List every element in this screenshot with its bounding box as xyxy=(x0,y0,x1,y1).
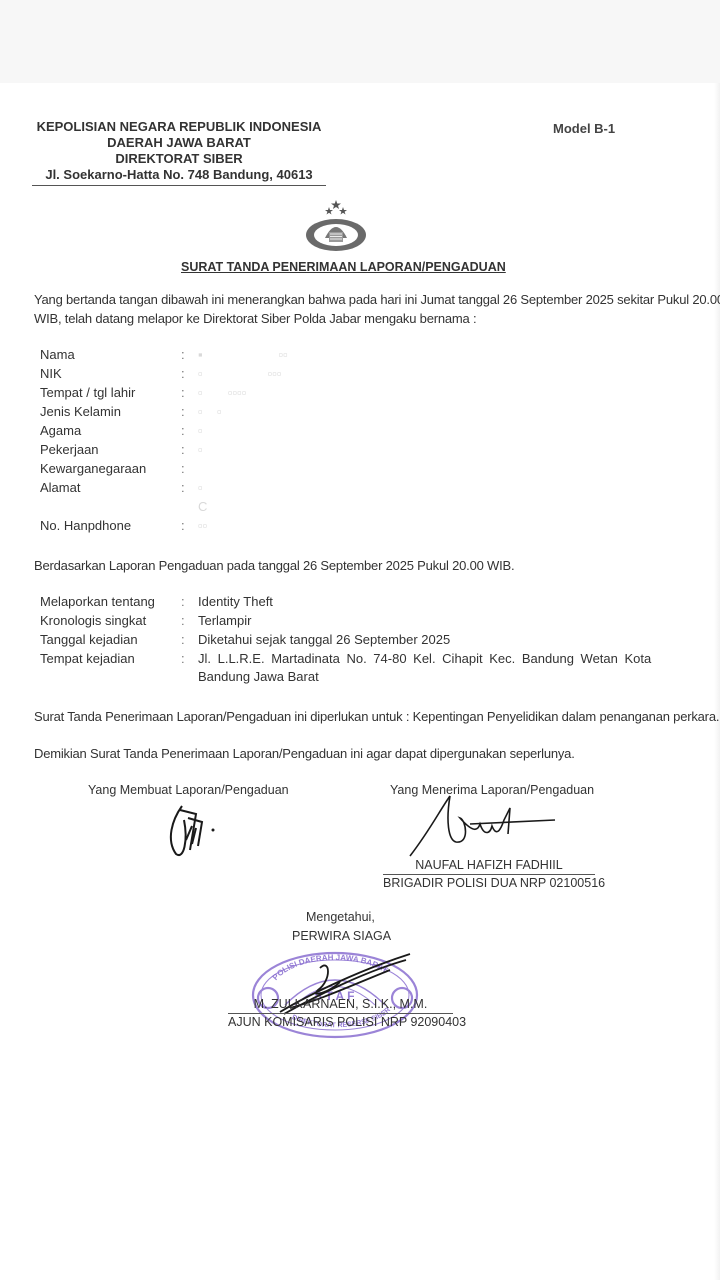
document-title: SURAT TANDA PENERIMAAN LAPORAN/PENGADUAN xyxy=(181,260,506,274)
closing-text: Demikian Surat Tanda Penerimaan Laporan/… xyxy=(34,744,575,763)
acknowledger-rank: AJUN KOMISARIS POLISI NRP 92090403 xyxy=(228,1015,453,1029)
form-model-label: Model B-1 xyxy=(553,121,615,136)
intro-line-2: WIB, telah datang melapor ke Direktorat … xyxy=(34,309,720,328)
field-value-redacted: ▪ ▫▫ xyxy=(198,347,288,362)
reporter-signature-icon xyxy=(162,800,222,862)
letterhead-region: DAERAH JAWA BARAT xyxy=(32,135,326,151)
receiver-signature-icon xyxy=(400,790,565,860)
viewer-top-bar xyxy=(0,0,720,83)
intro-line-1: Yang bertanda tangan dibawah ini meneran… xyxy=(34,290,720,309)
purpose-text: Surat Tanda Penerimaan Laporan/Pengaduan… xyxy=(34,707,719,726)
reporter-signature-caption: Yang Membuat Laporan/Pengaduan xyxy=(88,783,289,797)
letterhead-institution: KEPOLISIAN NEGARA REPUBLIK INDONESIA xyxy=(32,119,326,135)
police-emblem-icon xyxy=(303,198,369,254)
letterhead-address: Jl. Soekarno-Hatta No. 748 Bandung, 4061… xyxy=(32,167,326,186)
acknowledgement-caption: Mengetahui, xyxy=(306,910,375,924)
report-basis-text: Berdasarkan Laporan Pengaduan pada tangg… xyxy=(34,556,514,575)
letterhead: KEPOLISIAN NEGARA REPUBLIK INDONESIA DAE… xyxy=(32,119,326,186)
acknowledgement-role: PERWIRA SIAGA xyxy=(292,929,391,943)
page-edge xyxy=(714,83,720,1280)
receiver-name: NAUFAL HAFIZH FADHIIL xyxy=(383,858,595,872)
receiver-rank: BRIGADIR POLISI DUA NRP 02100516 xyxy=(383,876,595,890)
receiver-signature-rule xyxy=(383,874,595,875)
letterhead-directorate: DIREKTORAT SIBER xyxy=(32,151,326,167)
acknowledger-name: M. ZULKARNAEN, S.I.K., M.M. xyxy=(228,997,453,1011)
acknowledger-signature-rule xyxy=(228,1013,453,1014)
intro-paragraph: Yang bertanda tangan dibawah ini meneran… xyxy=(34,290,720,328)
